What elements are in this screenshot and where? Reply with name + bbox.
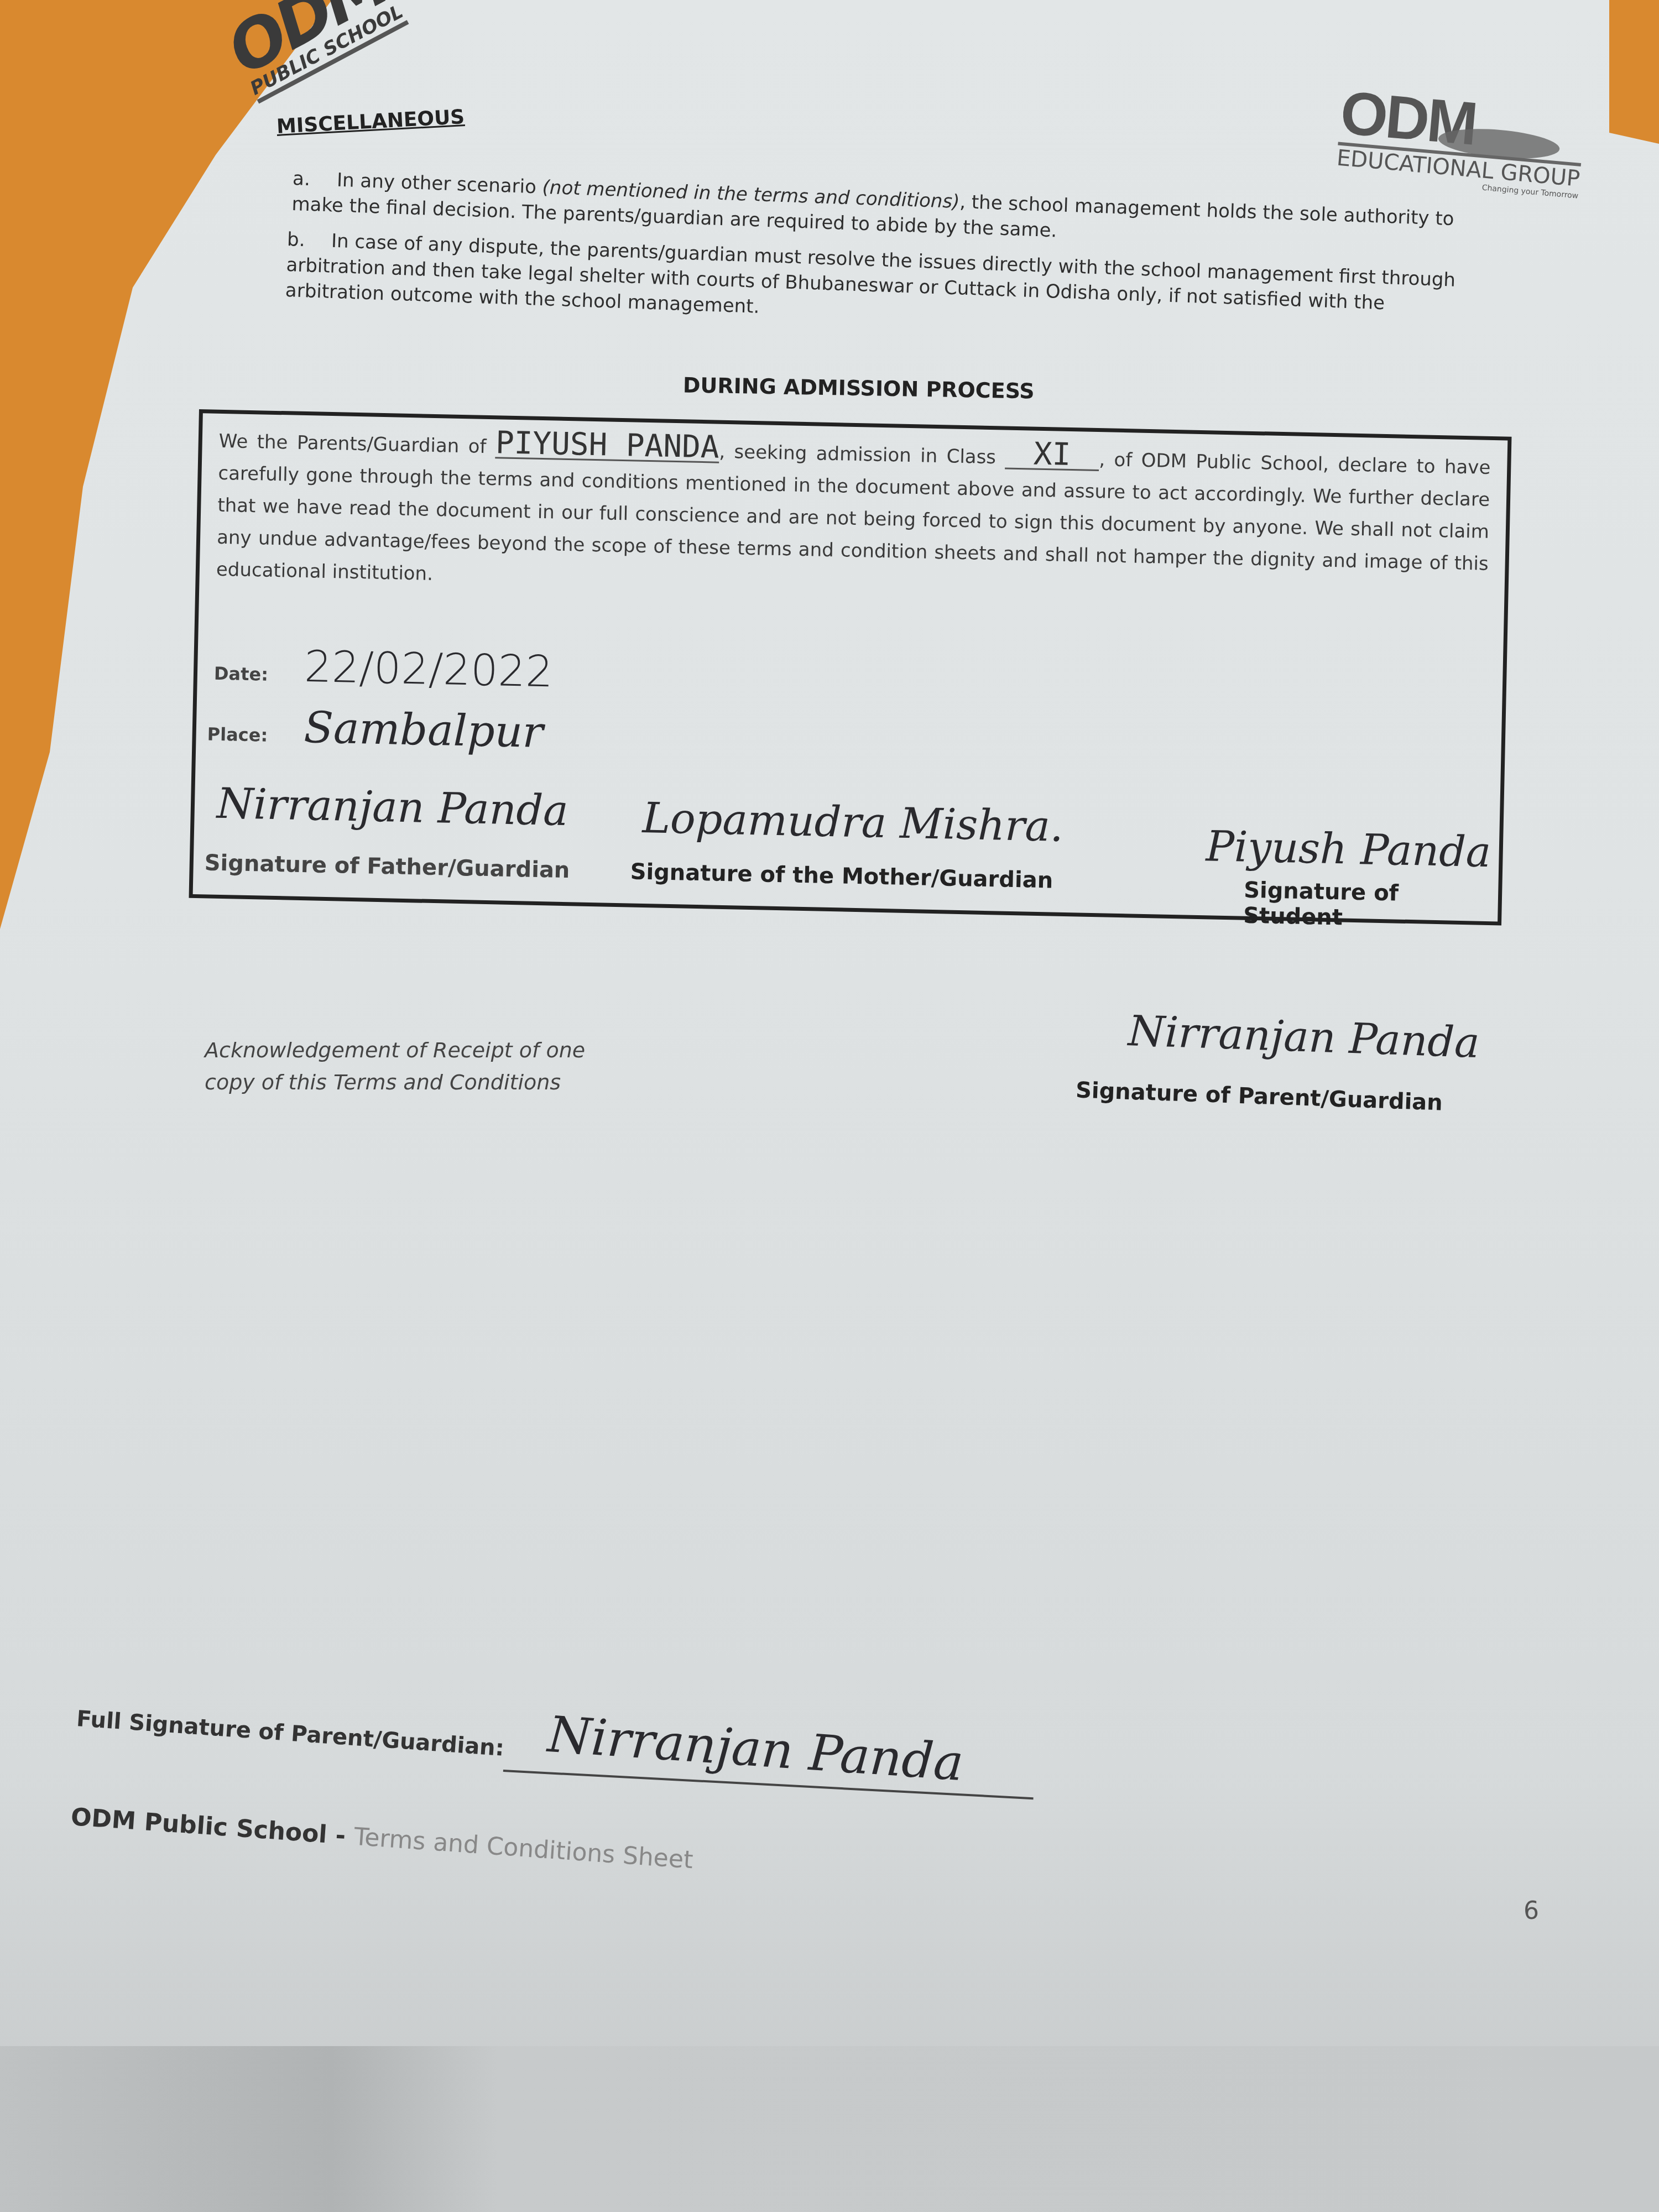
date-row: Date: 22/02/2022 [213,640,553,697]
clause-label: a. [292,166,337,193]
place-value: Sambalpur [304,703,544,758]
student-name-field: PIYUSH PANDA [495,429,719,463]
father-signature: Nirranjan Panda [216,779,568,835]
student-signature: Piyush Panda [1206,821,1491,877]
page-shadow [0,2046,1659,2212]
odm-educational-group-logo: ODM EDUCATIONAL GROUP Changing your Tomo… [1335,77,1587,201]
place-label: Place: [207,723,268,745]
place-row: Place: Sambalpur [207,701,544,758]
mother-signature: Lopamudra Mishra. [642,793,1064,851]
father-signature-label: Signature of Father/Guardian [204,850,570,883]
declaration-text: We the Parents/Guardian of PIYUSH PANDA,… [216,424,1491,612]
date-value: 22/02/2022 [304,642,553,697]
date-label: Date: [214,663,269,685]
mother-signature-label: Signature of the Mother/Guardian [630,859,1053,894]
declaration-box: We the Parents/Guardian of PIYUSH PANDA,… [189,409,1511,926]
page-number: 6 [1524,1897,1539,1925]
student-signature-label: Signature of Student [1243,878,1499,934]
class-field: XI [1005,440,1099,472]
acknowledgement-text: Acknowledgement of Receipt of one copy o… [205,1034,585,1098]
clause-label: b. [286,227,332,254]
